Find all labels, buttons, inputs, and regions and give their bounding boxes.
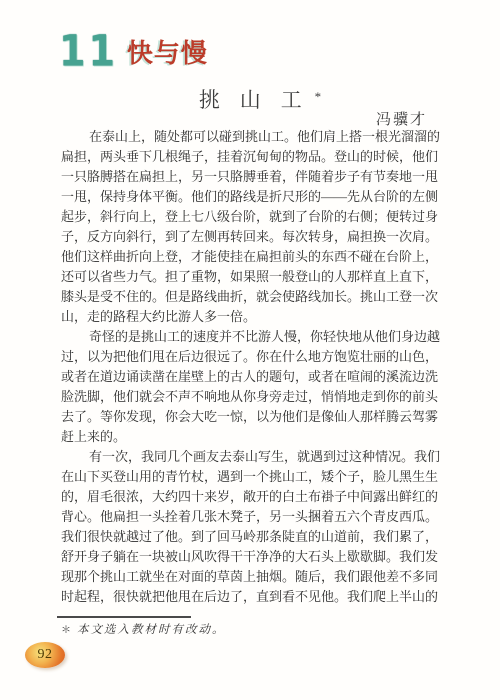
page-number-badge: 92 <box>25 642 65 668</box>
page-number: 92 <box>38 647 53 663</box>
lesson-title: 挑山工 <box>179 88 322 112</box>
footnote: ＊本文选入教材时有改动。 <box>61 621 226 637</box>
article-body: 在泰山上，随处都可以碰到挑山工。他们肩上搭一根光溜溜的 扁担，两头垂下几根绳子，… <box>61 127 443 607</box>
article-paragraph: 在泰山上，随处都可以碰到挑山工。他们肩上搭一根光溜溜的 扁担，两头垂下几根绳子，… <box>61 127 443 327</box>
unit-title: 快与慢 <box>127 39 208 69</box>
author-name: 冯骥才 <box>376 108 427 129</box>
footnote-divider <box>57 616 191 618</box>
title-footnote-asterisk: * <box>315 89 322 104</box>
textbook-page: 11 快与慢 挑山工* 冯骥才 在泰山上，随处都可以碰到挑山工。他们肩上搭一根光… <box>0 0 500 700</box>
unit-number: 11 <box>59 32 118 70</box>
footnote-asterisk: ＊ <box>61 625 73 636</box>
article-paragraph: 奇怪的是挑山工的速度并不比游人慢，你轻快地从他们身边越 过，以为把他们甩在后边很… <box>61 327 443 447</box>
footnote-text: 本文选入教材时有改动。 <box>77 624 226 636</box>
unit-header: 11 快与慢 <box>59 36 208 70</box>
article-paragraph: 有一次，我同几个画友去泰山写生，就遇到过这种情况。我们 在山下买登山用的青竹杖，… <box>61 447 443 607</box>
